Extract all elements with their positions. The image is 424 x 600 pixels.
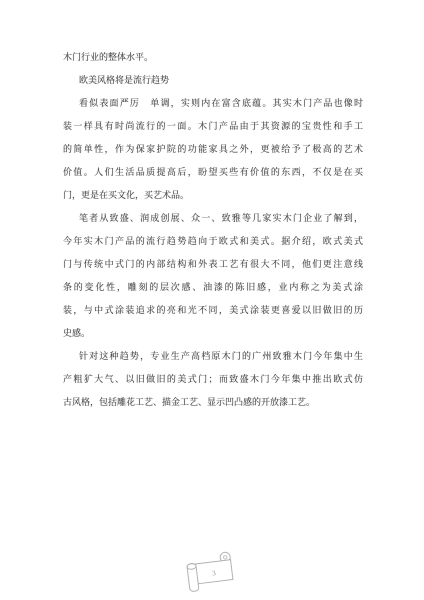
text-line: 价值。人们生活品质提高后，盼望买些有价值的东西，不仅是在买: [63, 161, 363, 184]
text-line: 今年实木门产品的流行趋势趋向于欧式和美式。据介绍，欧式美式: [63, 230, 363, 253]
text-line: 产粗犷大气、以旧做旧的美式门；而致盛木门今年集中推出欧式仿: [63, 368, 363, 391]
text-line: 史感。: [63, 322, 363, 345]
text-line: 装一样具有时尚流行的一面。木门产品由于其资源的宝贵性和手工: [63, 115, 363, 138]
scroll-banner-icon: 3: [183, 550, 241, 596]
text-line: 古风格，包括雕花工艺、描金工艺、显示凹凸感的开放漆工艺。: [63, 391, 363, 414]
text-line: 欧美风格将是流行趋势: [63, 69, 363, 92]
document-body: 木门行业的整体水平。欧美风格将是流行趋势看似表面严厉 单调，实则内在富含底蕴。其…: [63, 46, 363, 414]
text-line: 针对这种趋势，专业生产高档原木门的广州致雅木门今年集中生: [63, 345, 363, 368]
text-line: 装，与中式涂装追求的亮和光不同，美式涂装更喜爱以旧做旧的历: [63, 299, 363, 322]
page-footer: 3: [183, 550, 241, 596]
text-line: 的简单性，作为保家护院的功能家具之外，更被给予了极高的艺术: [63, 138, 363, 161]
text-line: 看似表面严厉 单调，实则内在富含底蕴。其实木门产品也像时: [63, 92, 363, 115]
text-line: 条的变化性，雕刻的层次感、油漆的陈旧感，业内称之为美式涂: [63, 276, 363, 299]
text-line: 门，更是在买文化，买艺术品。: [63, 184, 363, 207]
document-page: 木门行业的整体水平。欧美风格将是流行趋势看似表面严厉 单调，实则内在富含底蕴。其…: [0, 0, 424, 600]
text-line: 笔者从致盛、润成创展、众一、致雅等几家实木门企业了解到，: [63, 207, 363, 230]
text-line: 门与传统中式门的内部结构和外表工艺有很大不同，他们更注意线: [63, 253, 363, 276]
text-line: 木门行业的整体水平。: [63, 46, 363, 69]
